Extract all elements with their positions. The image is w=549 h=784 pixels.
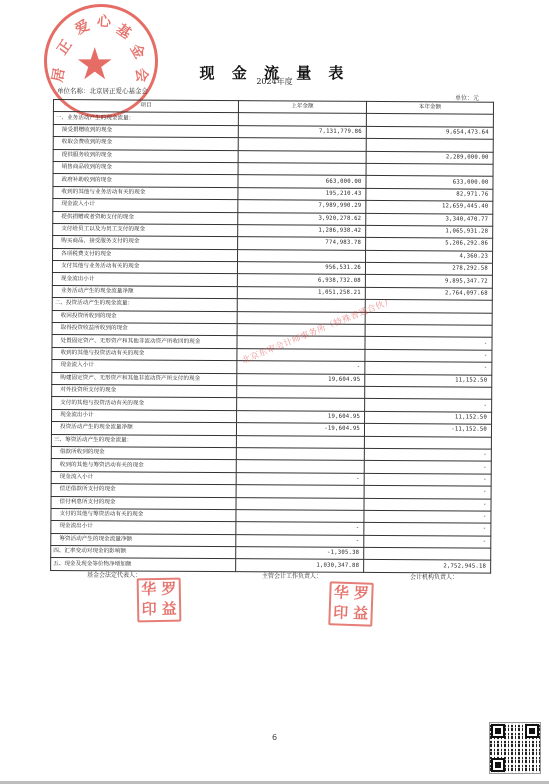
row-prev-year-amount: 19,604.95 xyxy=(237,373,365,386)
row-prev-year-amount xyxy=(238,150,366,163)
accounting-head-label: 主管会计工作负责人： xyxy=(262,571,322,580)
row-curr-year-amount xyxy=(365,312,492,325)
row-curr-year-amount: - xyxy=(365,337,492,350)
row-curr-year-amount: 11,152.50 xyxy=(365,374,492,387)
row-prev-year-amount: 7,131,779.86 xyxy=(238,125,366,138)
row-prev-year-amount xyxy=(236,435,364,448)
seal-char: 金 xyxy=(126,40,150,62)
row-item-label: 支付给员工以及为员工支付的现金 xyxy=(53,223,238,237)
row-prev-year-amount: 19,604.95 xyxy=(237,410,365,423)
row-prev-year-amount: 6,938,732.08 xyxy=(237,274,365,287)
row-item-label: 销售商品收到的现金 xyxy=(53,161,238,175)
row-item-label: 现金流出小计 xyxy=(52,273,237,287)
row-item-label: 提供服务收到的现金 xyxy=(53,149,238,163)
seal-char: 益 xyxy=(159,600,179,620)
row-prev-year-amount: - xyxy=(236,472,364,485)
table-body: 一、业务活动产生的现金流量：接受捐赠收到的现金7,131,779.869,654… xyxy=(51,112,494,573)
seal-char: 基 xyxy=(113,19,136,43)
row-item-label: 收到的其他与业务活动有关的现金 xyxy=(53,186,238,200)
row-curr-year-amount: 9,895,347.72 xyxy=(365,275,492,288)
seal-char: 印 xyxy=(139,600,159,620)
row-curr-year-amount: 2,764,097.68 xyxy=(365,287,492,300)
row-curr-year-amount: 1,065,931.28 xyxy=(366,225,493,238)
organization-name: 单位名称：北京居正爱心基金会 xyxy=(57,86,148,95)
row-curr-year-amount: 2,289,000.00 xyxy=(366,151,493,164)
row-curr-year-amount xyxy=(364,547,491,560)
row-prev-year-amount: 774,983.78 xyxy=(238,237,366,250)
row-curr-year-amount xyxy=(365,324,492,337)
row-prev-year-amount: - xyxy=(236,534,364,547)
row-curr-year-amount xyxy=(365,386,492,399)
row-item-label: 收取会费收到的现金 xyxy=(53,137,238,151)
header-curr-year: 本年金额 xyxy=(366,101,493,114)
row-curr-year-amount: 633,000.00 xyxy=(366,176,493,189)
row-item-label: 现金流入小计 xyxy=(52,360,237,374)
row-curr-year-amount xyxy=(365,300,492,313)
row-item-label: 现金流入小计 xyxy=(53,199,238,213)
row-curr-year-amount: - xyxy=(365,349,492,362)
row-item-label: 政府补助收到的现金 xyxy=(53,174,238,188)
row-prev-year-amount xyxy=(238,138,366,151)
row-curr-year-amount: 3,340,470.77 xyxy=(366,213,493,226)
row-curr-year-amount: - xyxy=(364,448,491,461)
row-prev-year-amount: 663,000.00 xyxy=(238,175,366,188)
seal-char: 印 xyxy=(330,603,351,624)
seal-char: 华 xyxy=(139,580,159,600)
seal-char: 正 xyxy=(52,36,76,59)
row-prev-year-amount xyxy=(236,448,364,461)
row-item-label: 接受捐赠收到的现金 xyxy=(53,124,238,138)
seal-char: 华 xyxy=(331,583,352,604)
row-item-label: 偿付利息所支付的现金 xyxy=(51,496,236,510)
row-item-label: 业务活动产生的现金流量净额 xyxy=(52,285,237,299)
row-item-label: 支付其他与业务活动有关的现金 xyxy=(52,261,237,275)
row-prev-year-amount xyxy=(238,163,366,176)
row-prev-year-amount: -1,305.38 xyxy=(236,547,364,560)
qr-code-icon xyxy=(489,722,541,774)
row-curr-year-amount: 278,292.58 xyxy=(365,262,492,275)
row-curr-year-amount: 5,206,292.86 xyxy=(366,238,493,251)
row-prev-year-amount xyxy=(237,299,365,312)
seal-char: 罗 xyxy=(159,580,179,600)
seal-char: 罗 xyxy=(351,584,372,605)
row-curr-year-amount xyxy=(366,114,493,127)
row-item-label: 现金流出小计 xyxy=(52,409,237,423)
row-curr-year-amount: 9,654,473.64 xyxy=(366,126,493,139)
row-item-label: 一、业务活动产生的现金流量： xyxy=(53,112,238,126)
row-item-label: 处置固定资产、无形资产和其他非流动资产所收回的现金 xyxy=(52,335,237,349)
seal-char: 心 xyxy=(96,10,112,31)
row-item-label: 支付的其他与筹资活动有关的现金 xyxy=(51,508,236,522)
legal-representative-label: 基金会法定代表人： xyxy=(87,570,141,579)
row-item-label: 收到的其他与筹资活动有关的现金 xyxy=(51,459,236,473)
row-item-label: 各项税费支付的现金 xyxy=(53,248,238,262)
row-prev-year-amount: 195,210.43 xyxy=(238,187,366,200)
row-item-label: 取得投资收益所收到的现金 xyxy=(52,323,237,337)
row-curr-year-amount: - xyxy=(364,510,491,523)
row-curr-year-amount: - xyxy=(365,362,492,375)
seal-char: 爱 xyxy=(71,15,92,39)
row-item-label: 借款所收到的现金 xyxy=(51,446,236,460)
row-item-label: 现金流出小计 xyxy=(51,521,236,535)
personal-seal-left: 华 罗 印 益 xyxy=(137,578,182,623)
header-prev-year: 上年金额 xyxy=(238,101,366,114)
row-prev-year-amount xyxy=(236,485,364,498)
seal-char: 益 xyxy=(350,604,371,625)
row-curr-year-amount: 82,971.76 xyxy=(366,188,493,201)
row-item-label: 对外投资所支付的现金 xyxy=(52,384,237,398)
row-curr-year-amount: -11,152.50 xyxy=(364,424,491,437)
row-curr-year-amount: - xyxy=(364,473,491,486)
row-curr-year-amount: - xyxy=(364,486,491,499)
row-curr-year-amount xyxy=(366,139,493,152)
row-item-label: 五、现金及现金等价物净增加额 xyxy=(51,558,236,572)
row-prev-year-amount xyxy=(236,510,364,523)
row-prev-year-amount xyxy=(237,398,365,411)
row-curr-year-amount xyxy=(364,436,491,449)
accounting-dept-head-label: 会计机构负责人： xyxy=(410,572,458,581)
row-prev-year-amount xyxy=(238,249,366,262)
row-item-label: 支付的其他与投资活动有关的现金 xyxy=(52,397,237,411)
row-prev-year-amount xyxy=(236,497,364,510)
row-item-label: 三、筹资活动产生的现金流量： xyxy=(51,434,236,448)
row-item-label: 现金流入小计 xyxy=(51,471,236,485)
personal-seal-right: 华 罗 印 益 xyxy=(328,581,374,627)
row-prev-year-amount: - xyxy=(236,522,364,535)
row-prev-year-amount: -19,604.95 xyxy=(236,423,364,436)
row-prev-year-amount: 7,989,990.29 xyxy=(238,200,366,213)
row-curr-year-amount: - xyxy=(364,498,491,511)
row-curr-year-amount: - xyxy=(364,523,491,536)
row-curr-year-amount: - xyxy=(365,399,492,412)
row-prev-year-amount xyxy=(237,336,365,349)
row-prev-year-amount: 956,531.26 xyxy=(237,262,365,275)
row-item-label: 收到的其他与投资活动有关的现金 xyxy=(52,347,237,361)
row-item-label: 提供捐赠或者资助支付的现金 xyxy=(53,211,238,225)
row-item-label: 投资活动产生的现金流量净额 xyxy=(51,422,236,436)
page-number: 6 xyxy=(0,733,549,742)
row-prev-year-amount xyxy=(237,311,365,324)
row-prev-year-amount xyxy=(237,386,365,399)
row-prev-year-amount xyxy=(238,113,366,126)
row-curr-year-amount xyxy=(366,163,493,176)
row-item-label: 购建固定资产、无形资产和其他非流动资产所支付的现金 xyxy=(52,372,237,386)
row-curr-year-amount: 4,360.23 xyxy=(366,250,493,263)
row-curr-year-amount: 12,659,445.40 xyxy=(366,201,493,214)
row-item-label: 二、投资活动产生的现金流量： xyxy=(52,298,237,312)
row-prev-year-amount: - xyxy=(237,361,365,374)
row-curr-year-amount: - xyxy=(364,461,491,474)
row-prev-year-amount xyxy=(237,348,365,361)
cash-flow-table: 项目 上年金额 本年金额 一、业务活动产生的现金流量：接受捐赠收到的现金7,13… xyxy=(50,99,494,574)
row-item-label: 四、汇率变动对现金的影响额 xyxy=(51,546,236,560)
row-prev-year-amount: 1,051,258.21 xyxy=(237,286,365,299)
row-curr-year-amount: - xyxy=(364,535,491,548)
row-prev-year-amount: 3,920,278.62 xyxy=(238,212,366,225)
row-prev-year-amount: 1,286,938.42 xyxy=(238,225,366,238)
header-item: 项目 xyxy=(53,100,238,114)
row-item-label: 偿还借款所支付的现金 xyxy=(51,484,236,498)
row-item-label: 筹资活动产生的现金流量净额 xyxy=(51,533,236,547)
row-curr-year-amount: 11,152.50 xyxy=(365,411,492,424)
row-prev-year-amount xyxy=(236,460,364,473)
row-item-label: 收回投资所收到的现金 xyxy=(52,310,237,324)
row-prev-year-amount xyxy=(237,324,365,337)
row-item-label: 购买商品、接受服务支付的现金 xyxy=(53,236,238,250)
